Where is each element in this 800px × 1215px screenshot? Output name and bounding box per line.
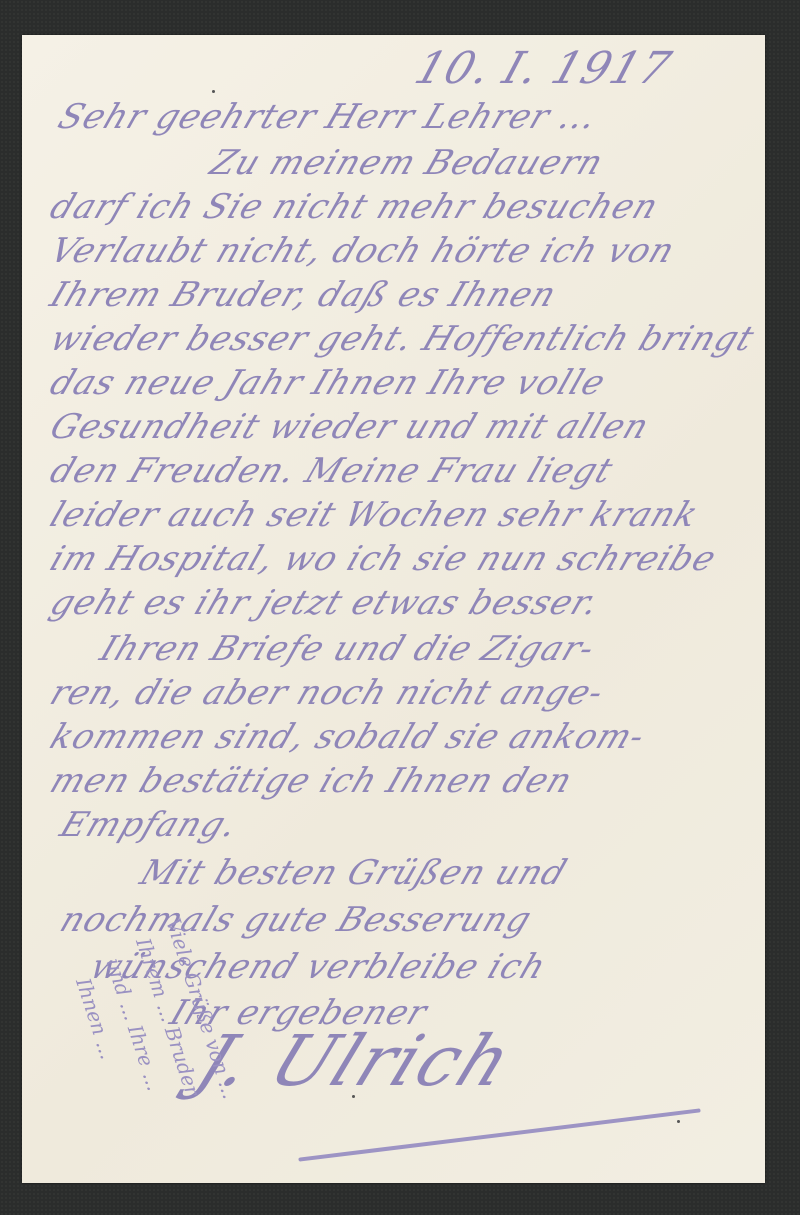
- letter-line: ren, die aber noch nicht ange-: [45, 673, 610, 713]
- paper-speck: [677, 1120, 680, 1123]
- letter-date: 10. I. 1917: [409, 43, 678, 94]
- letter-line: leider auch seit Wochen sehr krank: [45, 495, 704, 535]
- letter-line: Empfang.: [55, 805, 244, 845]
- letter-line: wieder besser geht. Hoffentlich bringt: [45, 319, 760, 359]
- letter-line: men bestätige ich Ihnen den: [45, 761, 579, 801]
- postcard: 10. I. 1917 Sehr geehrter Herr Lehrer ..…: [22, 35, 765, 1183]
- letter-line: darf ich Sie nicht mehr besuchen: [45, 187, 665, 227]
- letter-line: das neue Jahr Ihnen Ihre volle: [45, 363, 612, 403]
- letter-line: Gesundheit wieder und mit allen: [45, 407, 655, 447]
- letter-line: den Freuden. Meine Frau liegt: [45, 451, 619, 491]
- signature-underline: [298, 1108, 700, 1161]
- paper-speck: [352, 1095, 355, 1098]
- letter-line: Ihrem Bruder, daß es Ihnen: [45, 275, 563, 315]
- letter-line: kommen sind, sobald sie ankom-: [45, 717, 651, 757]
- letter-line: Zu meinem Bedauern: [205, 143, 610, 183]
- letter-line: Verlaubt nicht, doch hörte ich von: [45, 231, 681, 271]
- letter-line: geht es ihr jetzt etwas besser.: [45, 583, 605, 623]
- letter-line: im Hospital, wo ich sie nun schreibe: [45, 539, 722, 579]
- letter-line: Mit besten Grüßen und: [135, 853, 573, 893]
- margin-note: Viele Grüße von ... Ihrem ... Bruder und…: [44, 915, 194, 1195]
- letter-line: Ihren Briefe und die Zigar-: [95, 629, 601, 669]
- paper-speck: [212, 90, 215, 93]
- letter-line: Sehr geehrter Herr Lehrer ...: [53, 97, 603, 137]
